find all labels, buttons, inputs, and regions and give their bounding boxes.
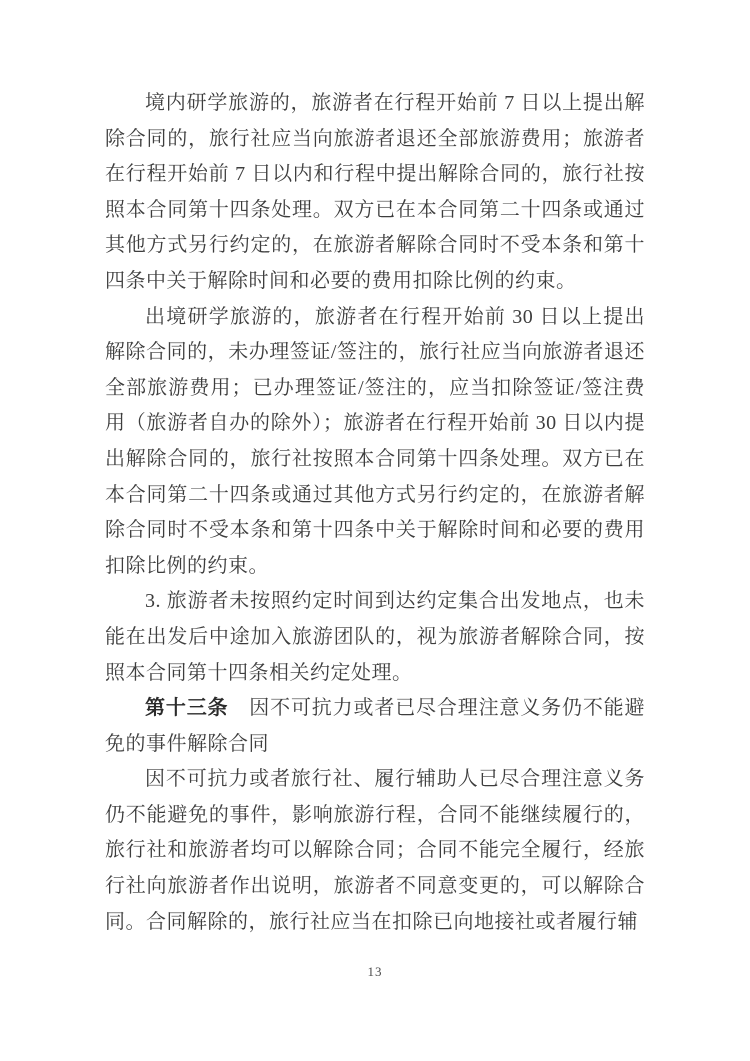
contract-text-block: 境内研学旅游的，旅游者在行程开始前 7 日以上提出解除合同的，旅行社应当向旅游者…	[105, 86, 645, 940]
paragraph-item-3-no-show: 3. 旅游者未按照约定时间到达约定集合出发地点，也未能在出发后中途加入旅游团队的…	[105, 584, 645, 691]
paragraph-force-majeure: 因不可抗力或者旅行社、履行辅助人已尽合理注意义务仍不能避免的事件，影响旅游行程，…	[105, 762, 645, 940]
clause-number: 第十三条	[145, 697, 228, 719]
document-page: 境内研学旅游的，旅游者在行程开始前 7 日以上提出解除合同的，旅行社应当向旅游者…	[0, 0, 750, 1061]
paragraph-domestic-study-tour: 境内研学旅游的，旅游者在行程开始前 7 日以上提出解除合同的，旅行社应当向旅游者…	[105, 86, 645, 300]
page-number: 13	[0, 964, 750, 980]
clause-heading-article-13: 第十三条 因不可抗力或者已尽合理注意义务仍不能避免的事件解除合同	[105, 691, 645, 762]
paragraph-outbound-study-tour: 出境研学旅游的，旅游者在行程开始前 30 日以上提出解除合同的，未办理签证/签注…	[105, 300, 645, 585]
